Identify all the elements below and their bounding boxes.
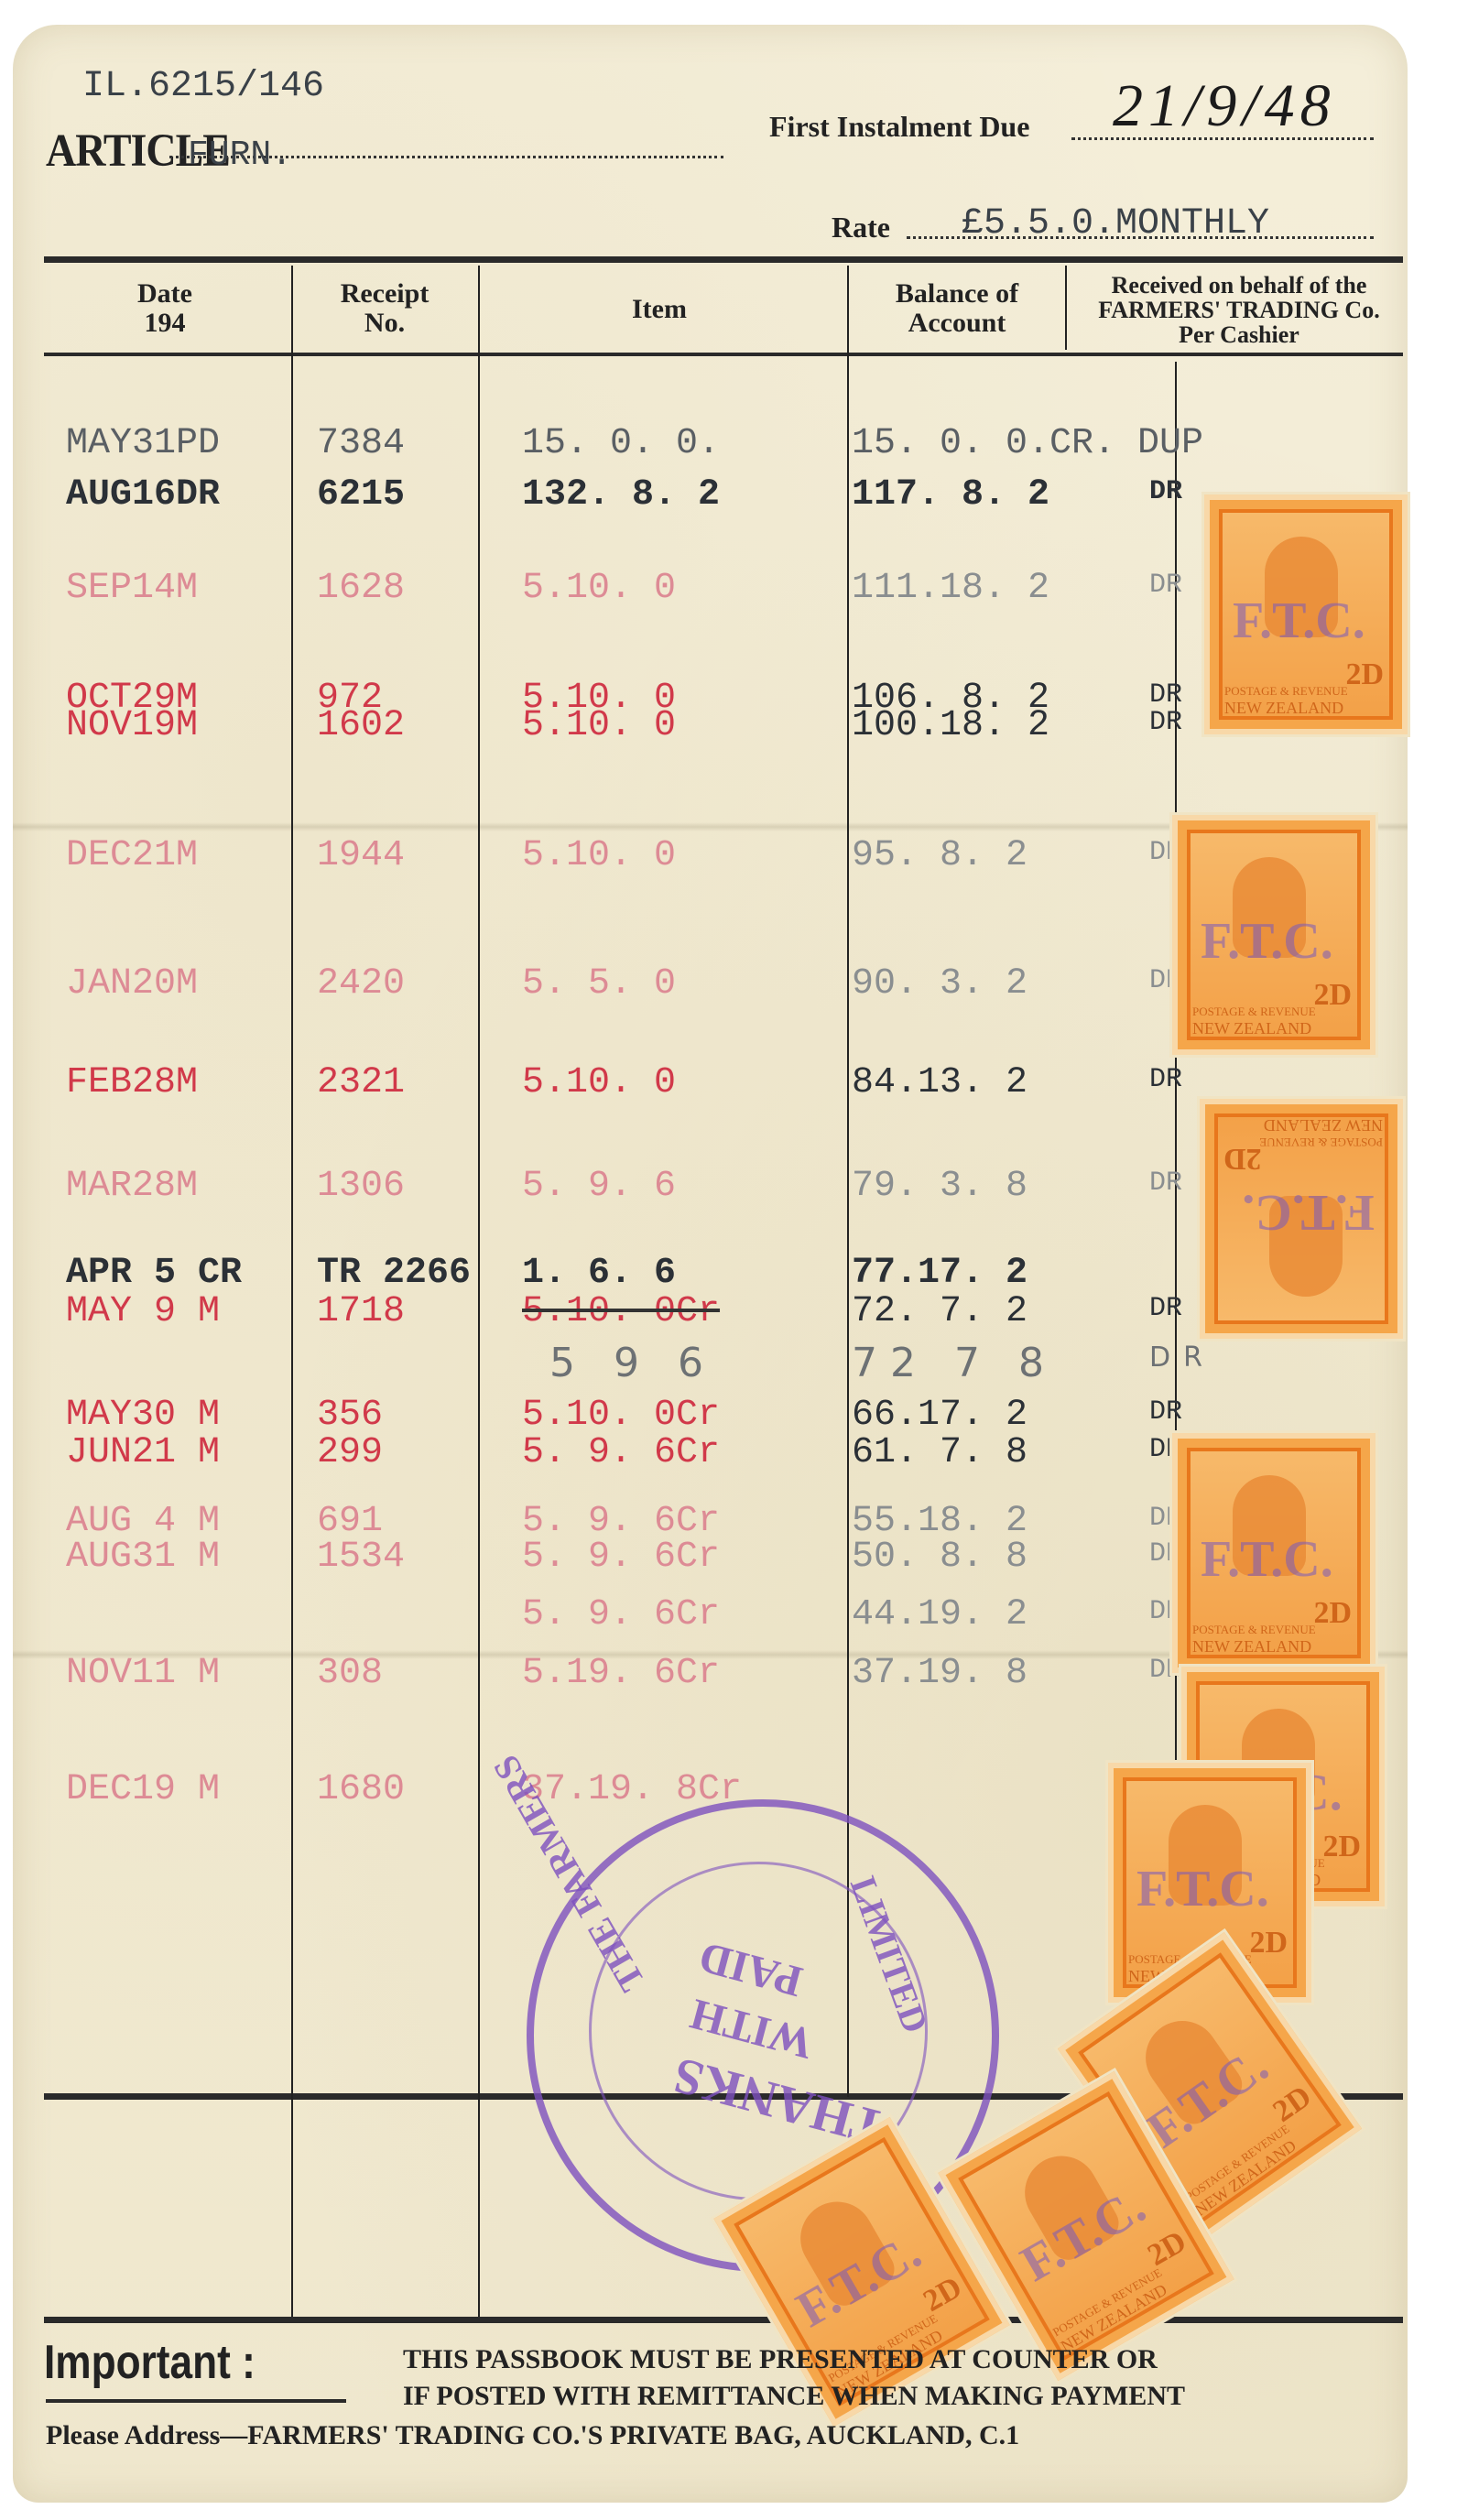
item-cell: 5. 9. 6Cr <box>522 1537 720 1578</box>
receipt-cell: 1534 <box>317 1537 405 1578</box>
stamp-caption-line: POSTAGE & REVENUE <box>1259 1134 1383 1150</box>
article-value: FURN. <box>188 136 292 175</box>
item-cell: 5.10. 0 <box>522 1062 676 1103</box>
stamp-country: NEW ZEALAND <box>1192 1638 1316 1655</box>
account-reference: IL.6215/146 <box>82 66 324 107</box>
first-instalment-label: First Instalment Due <box>769 110 1029 144</box>
stamp-caption-line: POSTAGE & REVENUE <box>1192 1622 1316 1638</box>
dr-suffix: DR <box>1149 707 1182 738</box>
header-text: Receipt <box>311 279 458 309</box>
notice-line-2: IF POSTED WITH REMITTANCE WHEN MAKING PA… <box>403 2381 1185 2412</box>
stamp-value: 2D <box>1345 657 1384 692</box>
receipt-cell: 6215 <box>317 474 405 516</box>
important-label: Important : <box>44 2335 256 2390</box>
item-cell: 15. 0. 0. <box>522 423 720 464</box>
receipt-cell: 308 <box>317 1653 383 1694</box>
receipt-cell: TR 2266 <box>317 1253 471 1294</box>
dr-suffix: DR <box>1149 1293 1182 1324</box>
nz-2d-stamp: 2DPOSTAGE & REVENUENEW ZEALANDF.T.C. <box>1172 1433 1375 1673</box>
header-text: No. <box>311 309 458 338</box>
stamp-caption: POSTAGE & REVENUENEW ZEALAND <box>1224 683 1348 716</box>
stamp-value: 2D <box>1313 1596 1352 1631</box>
stamp-value: 2D <box>1249 1926 1288 1961</box>
date-cell: AUG16DR <box>66 474 220 516</box>
receipt-cell: 356 <box>317 1395 383 1436</box>
date-cell: JUN21 M <box>66 1432 220 1473</box>
balance-cell: 79. 3. 8 <box>852 1166 1028 1207</box>
header-text: Date <box>101 279 229 309</box>
dr-suffix: DR <box>1149 476 1182 507</box>
item-cell: 132. 8. 2 <box>522 474 720 516</box>
receipt-cell: 1944 <box>317 835 405 876</box>
column-divider <box>1065 266 1067 350</box>
dr-suffix: DR <box>1149 1396 1182 1428</box>
stamp-value: 2D <box>1223 1141 1262 1176</box>
rate-value: £5.5.0.MONTHLY <box>962 203 1269 244</box>
column-divider <box>478 266 480 2317</box>
balance-cell: 95. 8. 2 <box>852 835 1028 876</box>
stamp-caption: POSTAGE & REVENUENEW ZEALAND <box>1259 1117 1383 1150</box>
stamp-caption-line: POSTAGE & REVENUE <box>1192 1004 1316 1020</box>
stamp-caption: POSTAGE & REVENUENEW ZEALAND <box>1192 1622 1316 1655</box>
balance-cell: 77.17. 2 <box>852 1253 1028 1294</box>
receipt-cell: 2420 <box>317 963 405 1005</box>
stamp-country: NEW ZEALAND <box>1259 1117 1383 1134</box>
header-text: 194 <box>101 309 229 338</box>
column-divider <box>291 266 293 2317</box>
stamp-caption-line: POSTAGE & REVENUE <box>1224 683 1348 700</box>
item-cell: 5. 9. 6Cr <box>522 1432 720 1473</box>
date-cell: MAY31PD <box>66 423 220 464</box>
balance-cell: 66.17. 2 <box>852 1395 1028 1436</box>
date-cell: AUG31 M <box>66 1537 220 1578</box>
stamp-value: 2D <box>1322 1830 1361 1864</box>
header-text: Account <box>861 309 1053 338</box>
stamp-cancel: F.T.C. <box>1242 1183 1375 1242</box>
footer-top-rule <box>44 2317 1403 2323</box>
receipt-cell: 1718 <box>317 1291 405 1332</box>
header-bottom-rule <box>44 353 1403 356</box>
balance-cell: 72 7 8 <box>852 1340 1057 1386</box>
balance-cell: 100.18. 2 <box>852 705 1049 746</box>
stamp-country: NEW ZEALAND <box>1224 700 1348 716</box>
nz-2d-stamp: 2DPOSTAGE & REVENUENEW ZEALANDF.T.C. <box>1172 815 1375 1055</box>
stamp-caption: POSTAGE & REVENUENEW ZEALAND <box>1192 1004 1316 1037</box>
header-text: FARMERS' TRADING Co. <box>1070 298 1408 322</box>
stamp-country: NEW ZEALAND <box>1192 1020 1316 1037</box>
date-cell: APR 5 CR <box>66 1253 242 1294</box>
column-header-date: Date 194 <box>101 279 229 338</box>
date-cell: JAN20M <box>66 963 198 1005</box>
item-cell: 37.19. 8Cr <box>522 1769 742 1810</box>
stamp-cancel: F.T.C. <box>1201 912 1333 971</box>
date-cell: MAY 9 M <box>66 1291 220 1332</box>
item-cell: 5. 9. 6Cr <box>522 1594 720 1635</box>
stamp-cancel: F.T.C. <box>1233 592 1365 650</box>
important-underline <box>46 2399 346 2403</box>
balance-cell: 50. 8. 8 <box>852 1537 1028 1578</box>
dr-suffix: DR <box>1149 570 1182 601</box>
nz-2d-stamp: 2DPOSTAGE & REVENUENEW ZEALANDF.T.C. <box>1200 1099 1403 1339</box>
stamp-value: 2D <box>1313 978 1352 1013</box>
date-cell: NOV11 M <box>66 1653 220 1694</box>
receipt-cell: 2321 <box>317 1062 405 1103</box>
date-cell: FEB28M <box>66 1062 198 1103</box>
receipt-cell: 299 <box>317 1432 383 1473</box>
date-cell: DEC21M <box>66 835 198 876</box>
table-top-rule <box>44 256 1403 263</box>
header-text: Balance of <box>861 279 1053 309</box>
item-cell: 5 9 6 <box>549 1340 716 1386</box>
balance-cell: 90. 3. 2 <box>852 963 1028 1005</box>
item-cell: 5.10. 0Cr <box>522 1291 720 1332</box>
date-cell: NOV19M <box>66 705 198 746</box>
balance-cell: 111.18. 2 <box>852 568 1049 609</box>
balance-cell: 37.19. 8 <box>852 1653 1028 1694</box>
item-cell: 5. 5. 0 <box>522 963 676 1005</box>
receipt-cell: 1628 <box>317 568 405 609</box>
item-cell: 5.19. 6Cr <box>522 1653 720 1694</box>
dr-suffix: DR <box>1149 1064 1182 1095</box>
nz-2d-stamp: 2DPOSTAGE & REVENUENEW ZEALANDF.T.C. <box>1204 494 1408 734</box>
header-text: Item <box>568 295 751 324</box>
column-header-receipt: Receipt No. <box>311 279 458 338</box>
dr-suffix: DR <box>1149 1168 1182 1199</box>
item-cell: 5. 9. 6 <box>522 1166 676 1207</box>
date-cell: MAY30 M <box>66 1395 220 1436</box>
dr-suffix: DR <box>1149 1341 1215 1374</box>
address-line: Please Address—FARMERS' TRADING CO.'S PR… <box>46 2420 1019 2451</box>
balance-cell: 44.19. 2 <box>852 1594 1028 1635</box>
receipt-cell: 1680 <box>317 1769 405 1810</box>
item-cell: 5.10. 0 <box>522 568 676 609</box>
header-text: Received on behalf of the <box>1070 273 1408 298</box>
item-cell: 1. 6. 6 <box>522 1253 676 1294</box>
dr-suffix: DR <box>1149 679 1182 711</box>
header-text: Per Cashier <box>1070 322 1408 347</box>
date-cell: MAR28M <box>66 1166 198 1207</box>
item-cell: 5.10. 0 <box>522 705 676 746</box>
rate-label: Rate <box>832 211 890 244</box>
receipt-cell: 1602 <box>317 705 405 746</box>
balance-cell: 61. 7. 8 <box>852 1432 1028 1473</box>
column-header-received: Received on behalf of the FARMERS' TRADI… <box>1070 273 1408 347</box>
column-header-balance: Balance of Account <box>861 279 1053 338</box>
balance-cell: 72. 7. 2 <box>852 1291 1028 1332</box>
item-cell: 5.10. 0 <box>522 835 676 876</box>
receipt-cell: 7384 <box>317 423 405 464</box>
receipt-cell: 1306 <box>317 1166 405 1207</box>
balance-cell: 84.13. 2 <box>852 1062 1028 1103</box>
notice-line-1: THIS PASSBOOK MUST BE PRESENTED AT COUNT… <box>403 2344 1158 2375</box>
column-header-item: Item <box>568 295 751 324</box>
stamp-cancel: F.T.C. <box>1136 1860 1269 1918</box>
date-cell: DEC19 M <box>66 1769 220 1810</box>
item-cell: 5.10. 0Cr <box>522 1395 720 1436</box>
balance-cell: 15. 0. 0.CR. DUP <box>852 423 1203 464</box>
first-instalment-value: 21/9/48 <box>1113 71 1336 141</box>
date-cell: SEP14M <box>66 568 198 609</box>
balance-cell: 117. 8. 2 <box>852 474 1049 516</box>
stamp-cancel: F.T.C. <box>1201 1530 1333 1589</box>
